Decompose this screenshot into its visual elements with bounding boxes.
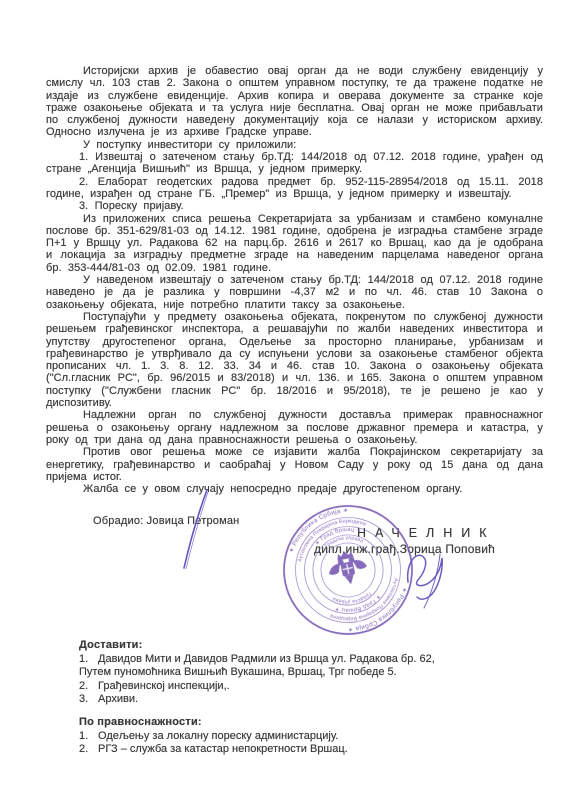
deliver-item: 1.Давидов Мити и Давидов Радмили из Вршц… [79, 653, 509, 667]
item-number: 3. [79, 693, 98, 707]
item-number: 1. [79, 653, 98, 667]
body-paragraph: Надлежни орган по службеној дужности дос… [46, 409, 543, 446]
item-text: Одељењу за локалну пореску администарциј… [98, 730, 338, 742]
item-text: РГЗ – служба за катастар непокретности В… [98, 743, 348, 755]
item-number: 2. [79, 680, 98, 694]
item-number: 1. [79, 730, 98, 744]
deliver-item: 3.Архиви. [79, 693, 509, 707]
item-text: Путем пуномоћника Вишњић Вукашина, Вршац… [79, 666, 397, 678]
deliver-item-continuation: Путем пуномоћника Вишњић Вукашина, Вршац… [79, 666, 509, 680]
item-text: Грађевинској инспекцији,. [98, 680, 230, 692]
handwritten-signatures [150, 470, 490, 640]
body-paragraph: Из приложених списа решења Секретаријата… [46, 213, 543, 274]
document-body: Историјски архив је обавестио овај орган… [46, 65, 543, 495]
body-list-item: 3. Пореску пријаву. [46, 200, 543, 212]
body-paragraph: У наведеном извештају о затеченом стању … [46, 274, 543, 311]
item-number: 2. [79, 743, 98, 757]
body-list-item: 2. Елаборат геодетских радова предмет бр… [46, 176, 543, 201]
item-text: Давидов Мити и Давидов Радмили из Вршца … [98, 653, 435, 665]
item-text: Архиви. [98, 693, 138, 705]
body-paragraph: Историјски архив је обавестио овај орган… [46, 65, 543, 139]
deliver-heading: Доставити: [79, 639, 509, 653]
deliver-section: Доставити: 1.Давидов Мити и Давидов Радм… [79, 639, 509, 707]
body-paragraph: У поступку инвеститори су приложили: [46, 139, 543, 151]
legal-section: По правноснажности: 1.Одељењу за локалну… [79, 716, 509, 757]
body-list-item: 1. Извештај о затеченом стању бр.ТД: 144… [46, 151, 543, 176]
document-page: Историјски архив је обавестио овај орган… [0, 0, 582, 800]
deliver-item: 2.Грађевинској инспекцији,. [79, 680, 509, 694]
signature-stroke-left [184, 490, 207, 568]
legal-heading: По правноснажности: [79, 716, 509, 730]
legal-item: 1.Одељењу за локалну пореску администарц… [79, 730, 509, 744]
signature-scribble-right [408, 555, 443, 599]
legal-item: 2.РГЗ – служба за катастар непокретности… [79, 743, 509, 757]
body-paragraph: Поступајући у предмету озакоњења објекат… [46, 311, 543, 409]
